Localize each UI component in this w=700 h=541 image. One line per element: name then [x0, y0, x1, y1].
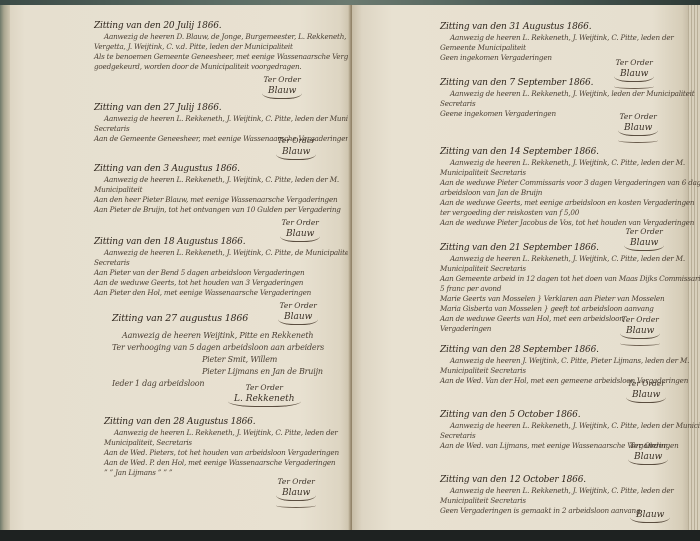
signature-name: Blauw: [262, 85, 302, 99]
signature-block: Blauw: [630, 509, 670, 523]
entry-heading: Zitting van den 20 Julij 1866.: [94, 21, 383, 32]
entry-line: Aan de weduwe Geerts van Hol, met een ar…: [440, 314, 700, 324]
entry-heading: Zitting van den 7 September 1866.: [440, 78, 694, 89]
entry-line: 5 franc per avond: [440, 284, 700, 294]
right-page: Zitting van den 31 Augustus 1866. Aanwez…: [352, 5, 700, 531]
signature-block: Ter Order Blauw: [262, 75, 302, 99]
entry-line: Aanwezig de heeren L. Rekkeneth, J. Weij…: [104, 428, 339, 438]
left-page-edge: [0, 5, 10, 531]
entry-line: Municipaliteit, Secretaris: [104, 438, 339, 448]
entry-line: Secretaris: [440, 99, 694, 109]
left-page: Zitting van den 20 Julij 1866. Aanwezig …: [0, 5, 352, 531]
entry-line: Vergetta, J. Weijtink, C. v.d. Pitte, le…: [94, 42, 383, 52]
entry-line: Aanwezig de heeren L. Rekkeneth, J. Weij…: [94, 114, 378, 124]
signature-name: Blauw: [620, 325, 660, 339]
entry-line: Aan de Wed. Pieters, tot het houden van …: [104, 448, 339, 458]
entry-line: Aan de weduwe Geerts, met eenige arbeids…: [440, 198, 700, 208]
entry-line: Ter verhooging van 5 dagen arbeidsloon a…: [112, 342, 324, 354]
book-bottom-edge: [0, 530, 700, 541]
entry-line: Aanwezig de heeren L. Rekkeneth, J. Weij…: [440, 421, 700, 431]
signature-role: Ter Order: [228, 383, 301, 393]
entry-line: Aan Pieter den Hol, met eenige Wassenaar…: [94, 288, 354, 298]
entry-line: Aanwezig de heeren J. Weijtink, C. Pitte…: [440, 356, 689, 366]
entry-line: Aan Pieter van der Bend 5 dagen arbeidsl…: [94, 268, 354, 278]
signature-role: Ter Order: [628, 441, 668, 451]
entry-line: Pieter Lijmans en Jan de Bruijn: [112, 366, 324, 378]
entry-heading: Zitting van den 14 September 1866.: [440, 147, 700, 158]
entry-line: Aan de weduwe Geerts, tot het houden van…: [94, 278, 354, 288]
minutes-entry: Zitting van den 18 Augustus 1866. Aanwez…: [94, 237, 354, 298]
signature-role: Ter Order: [626, 379, 666, 389]
signature-block: Ter Order Blauw: [276, 477, 316, 508]
entry-line: Aan de Wed. P. den Hol, met eenige Wasse…: [104, 458, 339, 468]
signature-name: Blauw: [628, 451, 668, 465]
entry-line: Pieter Smit, Willem: [112, 354, 324, 366]
entry-line: Marie Geerts van Mosselen } Verklaren aa…: [440, 294, 700, 304]
signature-block: Ter Order Blauw: [276, 136, 316, 160]
entry-line: Als te benoemen Gemeente Geneesheer, met…: [94, 52, 383, 62]
entry-heading: Zitting van den 21 September 1866.: [440, 243, 700, 254]
entry-line: Municipaliteit: [94, 185, 341, 195]
entry-line: Secretaris: [94, 124, 378, 134]
signature-role: Ter Order: [280, 218, 320, 228]
entry-line: Municipaliteit Secretaris: [440, 264, 700, 274]
entry-line: Municipaliteit Secretaris: [440, 496, 674, 506]
minutes-entry: Zitting van den 14 September 1866. Aanwe…: [440, 147, 700, 228]
entry-line: Aanwezig de heeren L. Rekkeneth, J. Weij…: [94, 248, 354, 258]
minutes-entry: Zitting van den 20 Julij 1866. Aanwezig …: [94, 21, 383, 72]
entry-heading: Zitting van den 3 Augustus 1866.: [94, 164, 341, 175]
entry-heading: Zitting van den 5 October 1866.: [440, 410, 700, 421]
entry-line: Municipaliteit Secretaris: [440, 366, 689, 376]
signature-role: Ter Order: [620, 315, 660, 325]
signature-role: Ter Order: [276, 477, 316, 487]
entry-line: Aan de weduwe Pieter Commissaris voor 3 …: [440, 178, 700, 188]
entry-line: Aanwezig de heeren D. Blauw, de Jonge, B…: [94, 32, 383, 42]
entry-line: Secretaris: [440, 431, 700, 441]
signature-flourish: [276, 503, 316, 508]
entry-line: ter vergoeding der reiskosten van f 5,00: [440, 208, 700, 218]
minutes-entry: Zitting van den 3 Augustus 1866. Aanwezi…: [94, 164, 341, 215]
entry-line: Aanwezig de heeren L. Rekkeneth, J. Weij…: [440, 33, 674, 43]
entry-heading: Zitting van den 27 Julij 1866.: [94, 103, 378, 114]
minutes-entry: Zitting van den 31 Augustus 1866. Aanwez…: [440, 22, 674, 63]
signature-name: Blauw: [626, 389, 666, 403]
signature-role: Ter Order: [618, 112, 658, 122]
signature-name: Blauw: [618, 122, 658, 136]
entry-line: Gemeente Municipaliteit: [440, 43, 674, 53]
signature-name: Blauw: [630, 509, 670, 523]
signature-role: Ter Order: [624, 227, 664, 237]
entry-heading: Zitting van den 28 September 1866.: [440, 345, 689, 356]
signature-name: Blauw: [276, 146, 316, 160]
minutes-entry: Zitting van den 27 Julij 1866. Aanwezig …: [94, 103, 378, 144]
signature-role: Ter Order: [614, 58, 654, 68]
entry-line: Aan den heer Pieter Blauw, met eenige Wa…: [94, 195, 341, 205]
entry-line: Aan de Gemeente Geneesheer, met eenige W…: [94, 134, 378, 144]
entry-heading: Zitting van den 28 Augustus 1866.: [104, 417, 339, 428]
entry-line: Aanwezig de heeren L. Rekkeneth, J. Weij…: [94, 175, 341, 185]
minutes-entry: Zitting van den 21 September 1866. Aanwe…: [440, 243, 700, 334]
signature-role: Ter Order: [278, 301, 318, 311]
entry-heading: Zitting van den 31 Augustus 1866.: [440, 22, 674, 33]
entry-heading: Zitting van den 18 Augustus 1866.: [94, 237, 354, 248]
signature-block: Ter Order Blauw: [626, 379, 666, 403]
entry-line: Aanwezig de heeren L. Rekkeneth, J. Weij…: [440, 254, 700, 264]
signature-block: Ter Order Blauw: [620, 315, 660, 346]
entry-line: arbeidsloon van Jan de Bruijn: [440, 188, 700, 198]
signature-block: Ter Order L. Rekkeneth: [228, 383, 301, 407]
open-ledger-book: Zitting van den 20 Julij 1866. Aanwezig …: [0, 5, 700, 531]
signature-name: Blauw: [276, 487, 316, 501]
entry-heading: Zitting van den 12 October 1866.: [440, 475, 674, 486]
entry-line: Aanwezig de heeren L. Rekkeneth, J. Weij…: [440, 158, 700, 168]
signature-block: Ter Order Blauw: [618, 112, 658, 143]
signature-role: Ter Order: [262, 75, 302, 85]
entry-line: Maria Gisberta van Mosselen } geeft tot …: [440, 304, 700, 314]
entry-line: Aanwezig de heeren Weijtink, Pitte en Re…: [112, 330, 324, 342]
minutes-entry: Zitting van 27 augustus 1866 Aanwezig de…: [112, 313, 324, 390]
entry-line: Aan Gemeente arbeid in 12 dagen tot het …: [440, 274, 700, 284]
entry-line: goedgekeurd, worden door de Municipalite…: [94, 62, 383, 72]
entry-line: Municipaliteit Secretaris: [440, 168, 700, 178]
signature-name: L. Rekkeneth: [228, 393, 301, 407]
entry-line: Aanwezig de heeren L. Rekkeneth, J. Weij…: [440, 486, 674, 496]
entry-line: Aanwezig de heeren L. Rekkeneth, J. Weij…: [440, 89, 694, 99]
entry-heading: Zitting van 27 augustus 1866: [112, 313, 324, 324]
signature-role: Ter Order: [276, 136, 316, 146]
signature-block: Ter Order Blauw: [628, 441, 668, 465]
minutes-entry: Zitting van den 28 Augustus 1866. Aanwez…: [104, 417, 339, 478]
signature-flourish: [618, 138, 658, 143]
entry-line: Secretaris: [94, 258, 354, 268]
entry-line: Vergaderingen: [440, 324, 700, 334]
entry-line: Aan Pieter de Bruijn, tot het ontvangen …: [94, 205, 341, 215]
